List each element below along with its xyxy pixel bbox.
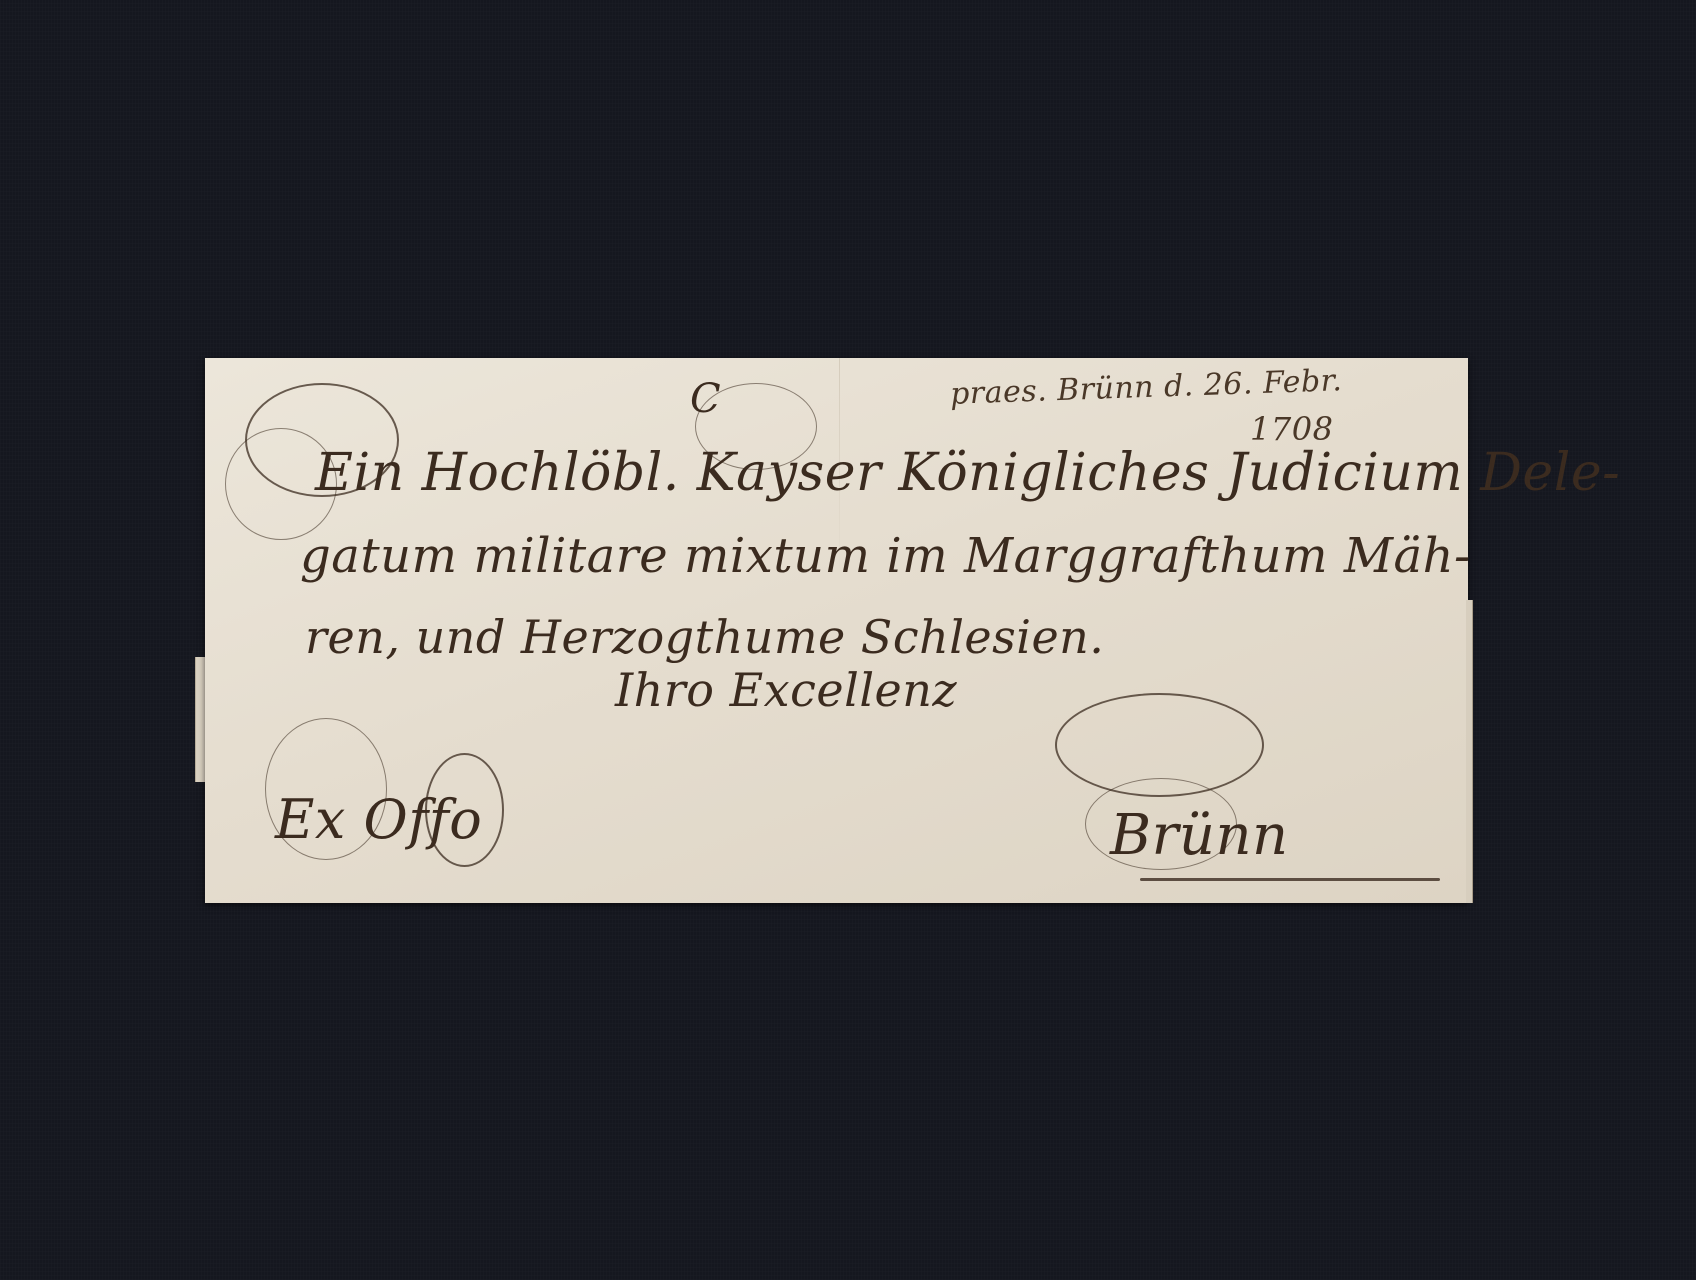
address-line-3: ren, und Herzogthume Schlesien. (305, 610, 1104, 664)
ex-officio-endorsement: Ex Offo (275, 788, 482, 851)
destination-underline (1140, 878, 1440, 881)
letter-right-flap (1466, 600, 1473, 903)
honorific: Ihro Excellenz (615, 663, 957, 717)
docket-note: praes. Brünn d. 26. Febr. (950, 363, 1343, 412)
address-line-1: Ein Hochlöbl. Kayser Königliches Judiciu… (315, 443, 1620, 503)
address-line-2: gatum militare mixtum im Marggrafthum Mä… (300, 528, 1471, 584)
letter-cover: C praes. Brünn d. 26. Febr. 1708 Ein Hoc… (205, 358, 1468, 903)
destination-brunn: Brünn (1110, 803, 1289, 868)
